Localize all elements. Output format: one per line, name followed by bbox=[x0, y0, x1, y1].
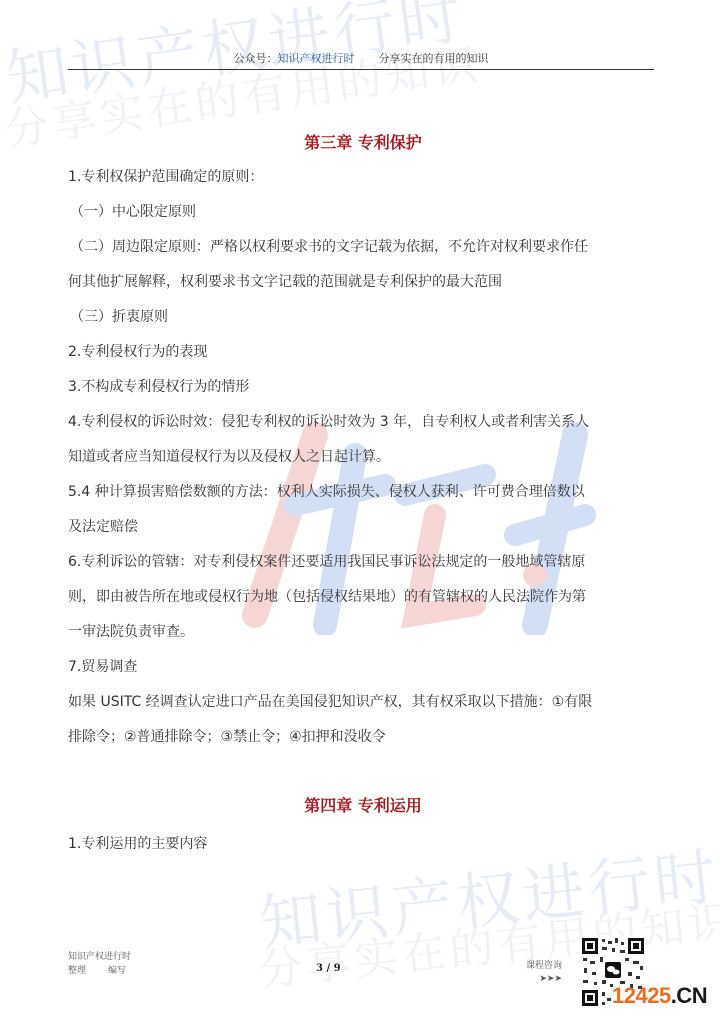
paragraph: 3.不构成专利侵权行为的情形 bbox=[68, 370, 658, 405]
paragraph: 则，即由被告所在地或侵权行为地（包括侵权结果地）的有管辖权的人民法院作为第 bbox=[68, 580, 658, 615]
paragraph: 4.专利侵权的诉讼时效：侵犯专利权的诉讼时效为 3 年，自专利权人或者利害关系人 bbox=[68, 405, 658, 440]
paragraph: 7.贸易调查 bbox=[68, 650, 658, 685]
paragraph: 一审法院负责审查。 bbox=[68, 615, 658, 650]
paragraph: （三）折衷原则 bbox=[68, 300, 658, 335]
header-prefix: 公众号： bbox=[234, 52, 278, 65]
footer-credit: 知识产权进行时 整理编写 bbox=[68, 950, 131, 978]
paragraph: 何其他扩展解释，权利要求书文字记载的范围就是专利保护的最大范围 bbox=[68, 265, 658, 300]
site-logo-number: 12425 bbox=[612, 983, 671, 1008]
footer-credit-write: 编写 bbox=[108, 966, 126, 976]
site-logo-tld: .CN bbox=[671, 983, 707, 1008]
header-slogan: 分享实在的有用的知识 bbox=[379, 52, 489, 65]
page-header: 公众号：知识产权进行时分享实在的有用的知识 bbox=[68, 50, 654, 70]
document-body: 第三章 专利保护 1.专利权保护范围确定的原则： （一）中心限定原则 （二）周边… bbox=[68, 126, 658, 862]
paragraph: 6.专利诉讼的管辖：对专利侵权案件还要适用我国民事诉讼法规定的一般地域管辖原 bbox=[68, 545, 658, 580]
chapter-title: 第四章 专利运用 bbox=[68, 789, 658, 823]
footer-credit-line2: 整理编写 bbox=[68, 964, 131, 978]
course-consult: 课程咨询 ➤➤➤ bbox=[526, 960, 562, 986]
footer-credit-line1: 知识产权进行时 bbox=[68, 950, 131, 964]
site-logo[interactable]: 12425.CN bbox=[612, 983, 707, 1009]
paragraph: 1.专利权保护范围确定的原则： bbox=[68, 160, 658, 195]
paragraph: 如果 USITC 经调查认定进口产品在美国侵犯知识产权，其有权采取以下措施：①有… bbox=[68, 685, 658, 720]
page-number: 3 / 9 bbox=[316, 963, 341, 974]
paragraph: 排除令；②普通排除令；③禁止令；④扣押和没收令 bbox=[68, 720, 658, 755]
chapter-title: 第三章 专利保护 bbox=[68, 126, 658, 160]
footer-credit-organize: 整理 bbox=[68, 966, 86, 976]
paragraph: （一）中心限定原则 bbox=[68, 195, 658, 230]
paragraph: 5.4 种计算损害赔偿数额的方法：权利人实际损失、侵权人获利、许可费合理倍数以 bbox=[68, 475, 658, 510]
paragraph: （二）周边限定原则：严格以权利要求书的文字记载为依据，不允许对权利要求作任 bbox=[68, 230, 658, 265]
arrow-icon: ➤➤➤ bbox=[526, 973, 562, 986]
paragraph: 及法定赔偿 bbox=[68, 510, 658, 545]
consult-label: 课程咨询 bbox=[526, 960, 562, 973]
paragraph: 知道或者应当知道侵权行为以及侵权人之日起计算。 bbox=[68, 440, 658, 475]
paragraph: 1.专利运用的主要内容 bbox=[68, 827, 658, 862]
paragraph: 2.专利侵权行为的表现 bbox=[68, 335, 658, 370]
watermark-slogan-bottom: 分享实在的有用的知识 bbox=[255, 885, 720, 999]
header-brand: 知识产权进行时 bbox=[278, 52, 355, 65]
